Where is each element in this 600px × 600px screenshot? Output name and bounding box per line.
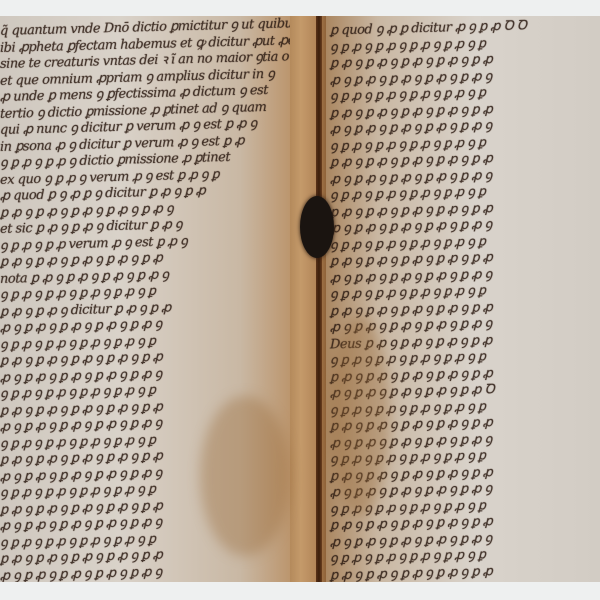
worm-hole — [300, 196, 334, 258]
water-stain — [330, 316, 390, 516]
book-spine — [316, 16, 322, 582]
manuscript-book: q̃ quantum vnde Dnō dictio ꝑmictitur ꝯ u… — [0, 16, 600, 582]
water-stain — [200, 396, 290, 556]
